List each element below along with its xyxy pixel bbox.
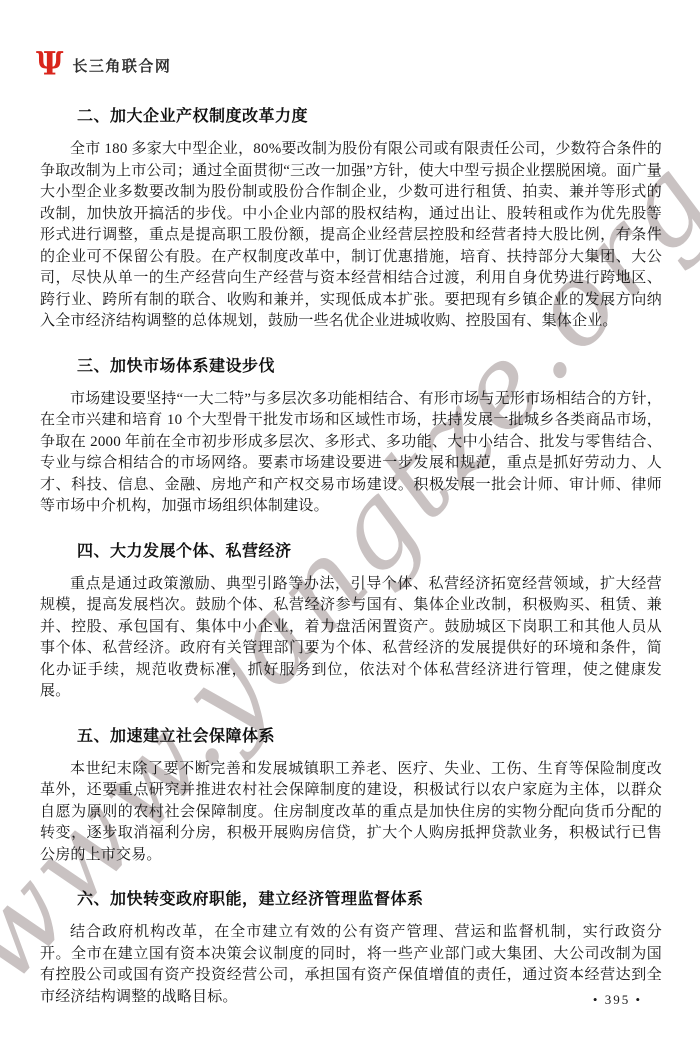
section-4: 四、大力发展个体、私营经济 重点是通过政策激励、典型引路等办法，引导个体、私营经… (40, 541, 662, 703)
section-4-paragraph: 重点是通过政策激励、典型引路等办法，引导个体、私营经济拓宽经营领域，扩大经营规模… (40, 574, 662, 703)
section-5-paragraph: 本世纪末除了要不断完善和发展城镇职工养老、医疗、失业、工伤、生育等保险制度改革外… (40, 759, 662, 867)
site-logo-icon: Ψ (36, 49, 63, 81)
document-content: 二、加大企业产权制度改革力度 全市 180 多家大中型企业，80%要改制为股份有… (40, 95, 662, 1008)
site-header: Ψ 长三角联合网 (36, 50, 171, 80)
section-5-heading: 五、加速建立社会保障体系 (40, 726, 662, 748)
section-3-heading: 三、加快市场体系建设步伐 (40, 356, 662, 378)
section-3: 三、加快市场体系建设步伐 市场建设要坚持“一大二特”与多层次多功能相结合、有形市… (40, 356, 662, 518)
section-6-paragraph: 结合政府机构改革，在全市建立有效的公有资产管理、营运和监督机制，实行政资分开。全… (40, 922, 662, 1008)
section-5: 五、加速建立社会保障体系 本世纪末除了要不断完善和发展城镇职工养老、医疗、失业、… (40, 726, 662, 867)
section-6: 六、加快转变政府职能，建立经济管理监督体系 结合政府机构改革，在全市建立有效的公… (40, 889, 662, 1008)
section-3-paragraph: 市场建设要坚持“一大二特”与多层次多功能相结合、有形市场与无形市场相结合的方针，… (40, 389, 662, 518)
section-2: 二、加大企业产权制度改革力度 全市 180 多家大中型企业，80%要改制为股份有… (40, 106, 662, 333)
site-name: 长三角联合网 (72, 55, 171, 76)
section-2-heading: 二、加大企业产权制度改革力度 (40, 106, 662, 128)
page-footer: • 395 • (593, 991, 642, 1009)
section-6-heading: 六、加快转变政府职能，建立经济管理监督体系 (40, 889, 662, 911)
section-4-heading: 四、大力发展个体、私营经济 (40, 541, 662, 563)
section-2-paragraph: 全市 180 多家大中型企业，80%要改制为股份有限公司或有限责任公司，少数符合… (40, 139, 662, 333)
page-number: • 395 • (593, 992, 642, 1007)
